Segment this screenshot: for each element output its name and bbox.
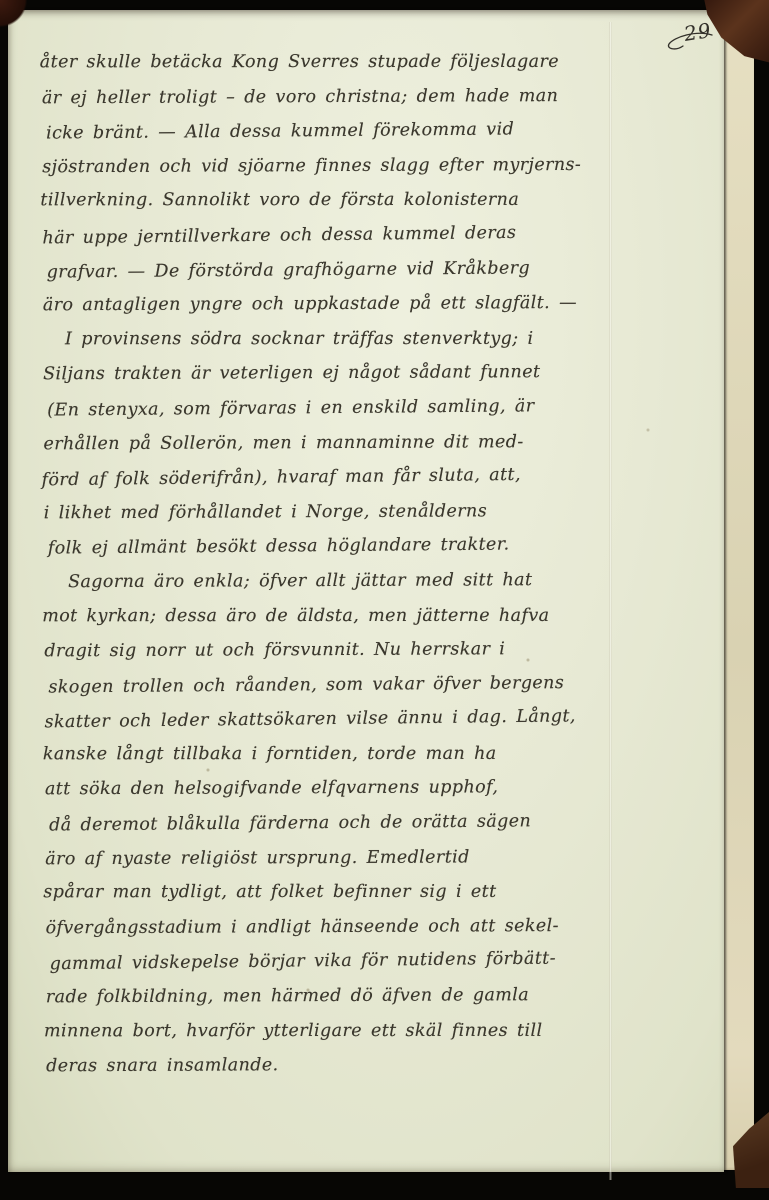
manuscript-line: att söka den helsogifvande elfqvarnens u… [45, 777, 631, 814]
manuscript-line: här uppe jerntillverkare och dessa kumme… [42, 222, 628, 263]
manuscript-line: icke bränt. — Alla dessa kummel förekomm… [46, 119, 628, 159]
page-number-flourish-icon [666, 30, 714, 54]
manuscript-line: då deremot blåkulla färderna och de orät… [49, 811, 631, 851]
manuscript-line: folk ej allmänt besökt dessa höglandare … [48, 534, 630, 574]
manuscript-line: förd af folk söderifrån), hvaraf man får… [41, 464, 629, 505]
manuscript-line: skatter och leder skattsökaren vilse änn… [45, 706, 631, 747]
manuscript-line: dragit sig norr ut och försvunnit. Nu he… [44, 639, 630, 676]
manuscript-line: kanske långt tillbaka i forntiden, torde… [43, 744, 631, 779]
binding-shadow-top-left [0, 0, 34, 30]
manuscript-line: Siljans trakten är veterligen ej något s… [43, 362, 629, 399]
manuscript-line: åter skulle betäcka Kong Sverres stupade… [40, 52, 628, 87]
manuscript-line: spårar man tydligt, att folket befinner … [43, 882, 631, 917]
manuscript-line: gammal vidskepelse börjar vika för nutid… [50, 948, 632, 989]
manuscript-line: sjöstranden och vid sjöarne finnes slagg… [42, 155, 628, 192]
underlying-page-edge [722, 14, 754, 1170]
manuscript-line: öfvergångsstadium i andligt hänseende oc… [46, 916, 632, 953]
manuscript-line: deras snara insamlande. [46, 1054, 632, 1091]
manuscript-line: äro af nyaste religiöst ursprung. Emedle… [45, 846, 631, 883]
manuscript-page: åter skulle betäcka Kong Sverres stupade… [8, 10, 724, 1172]
manuscript-line: är ej heller troligt – de voro christna;… [42, 85, 628, 122]
manuscript-line: grafvar. — De förstörda grafhögarne vid … [47, 257, 629, 297]
manuscript-line: minnena bort, hvarför ytterligare ett sk… [44, 1020, 632, 1055]
manuscript-line: I provinsens södra socknar träffas stenv… [41, 328, 629, 363]
manuscript-line: tillverkning. Sannolikt voro de första k… [40, 190, 628, 225]
manuscript-line: (En stenyxa, som förvaras i en enskild s… [47, 395, 629, 435]
manuscript-line: rade folkbildning, men härmed dö äfven d… [46, 985, 632, 1022]
manuscript-line: äro antagligen yngre och uppkastade på e… [43, 293, 629, 330]
manuscript-photo: åter skulle betäcka Kong Sverres stupade… [0, 0, 769, 1200]
manuscript-line: erhållen på Sollerön, men i mannaminne d… [43, 431, 629, 468]
manuscript-line: i likhet med förhållandet i Norge, stenå… [44, 500, 630, 537]
manuscript-line: Sagorna äro enkla; öfver allt jättar med… [44, 570, 630, 607]
manuscript-line: mot kyrkan; dessa äro de äldsta, men jät… [42, 605, 630, 640]
handwritten-text-block: åter skulle betäcka Kong Sverres stupade… [42, 51, 633, 1091]
